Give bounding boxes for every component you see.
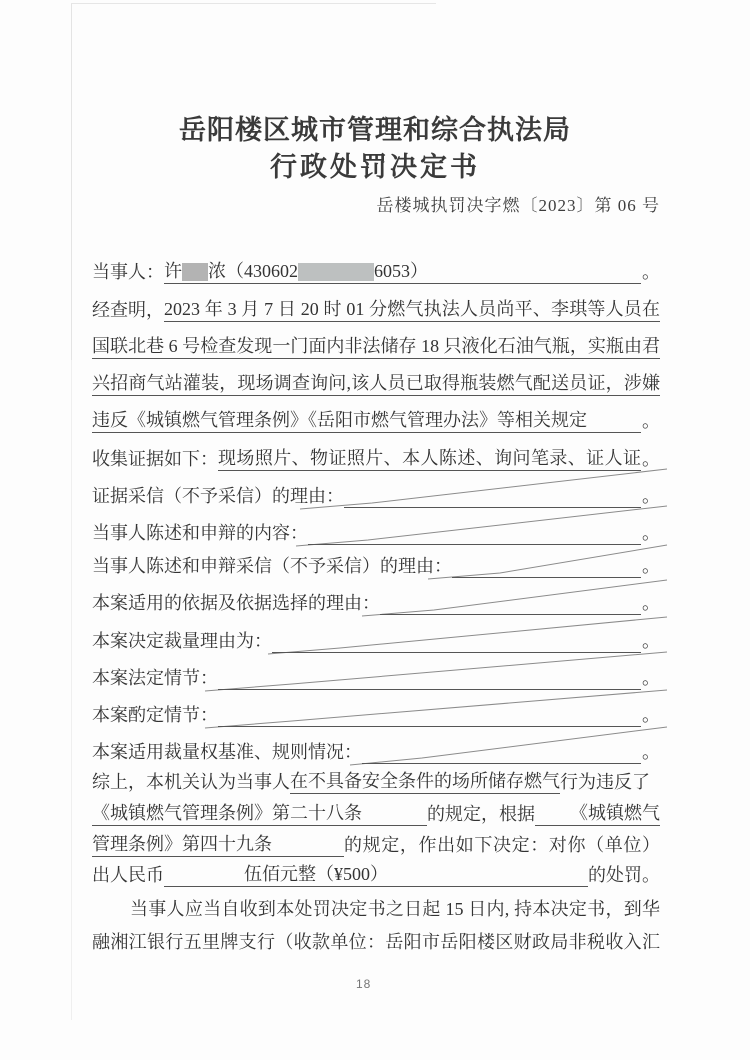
document-line: 出人民币伍佰元整（¥500）的处罚。 <box>92 863 660 887</box>
document-line: 融湘江银行五里牌支行（收款单位：岳阳市岳阳楼区财政局非税收入汇缴 <box>92 930 660 954</box>
blank-underline <box>535 801 570 826</box>
document-line: 本案法定情节：。 <box>92 666 660 690</box>
blank-underline <box>587 408 641 433</box>
line-text: 当事人： <box>92 260 164 284</box>
underlined-text: 国联北巷 6 号检查发现一门面内非法储存 18 只液化石油气瓶，实瓶由君 <box>92 334 660 359</box>
document-line: 本案酌定情节：。 <box>92 703 660 727</box>
blank-underline <box>362 739 641 764</box>
line-text: 证据采信（不予采信）的理由： <box>92 484 344 508</box>
scan-edge-left <box>71 4 72 364</box>
scanned-document-page: 岳阳楼区城市管理和综合执法局 行政处罚决定书 岳楼城执罚决字燃〔2023〕第 0… <box>0 0 750 1060</box>
blank-underline <box>428 259 641 284</box>
blank-underline <box>362 801 427 826</box>
line-text: 的规定，作出如下决定：对你（单位）作 <box>344 833 660 857</box>
underlined-text: 现场照片、物证照片、本人陈述、询问笔录、证人证词 <box>218 446 641 471</box>
line-period: 。 <box>641 260 660 284</box>
blank-underline <box>388 862 588 887</box>
blank-underline <box>164 862 244 887</box>
line-text: 本案法定情节： <box>92 666 218 690</box>
line-text: 融湘江银行五里牌支行（收款单位：岳阳市岳阳楼区财政局非税收入汇缴 <box>92 930 660 954</box>
document-line: 本案适用的依据及依据选择的理由：。 <box>92 591 660 615</box>
line-text: 收集证据如下： <box>92 447 218 471</box>
underlined-text: 伍佰元整（¥500） <box>244 862 388 887</box>
line-text: 本案酌定情节： <box>92 703 218 727</box>
line-text: 综上，本机关认为当事人 <box>92 770 290 794</box>
line-period: 。 <box>641 666 660 690</box>
page-number: 18 <box>356 977 371 991</box>
document-line: 本案适用裁量权基准、规则情况：。 <box>92 740 660 764</box>
line-text: 本案适用裁量权基准、规则情况： <box>92 740 362 764</box>
line-period: 。 <box>641 521 660 545</box>
line-text: 当事人陈述和申辩采信（不予采信）的理由： <box>92 554 452 578</box>
line-text: 当事人应当自收到本处罚决定书之日起 15 日内, 持本决定书，到华 <box>130 897 660 921</box>
underlined-text: 违反《城镇燃气管理条例》《岳阳市燃气管理办法》等相关规定 <box>92 408 587 433</box>
document-line: 当事人陈述和申辩采信（不予采信）的理由：。 <box>92 554 660 578</box>
document-line: 本案决定裁量理由为：。 <box>92 629 660 653</box>
blank-underline <box>344 483 641 508</box>
line-text: 当事人陈述和申辩的内容： <box>92 521 308 545</box>
blank-underline <box>380 590 641 615</box>
document-line: 兴招商气站灌装，现场调查询问,该人员已取得瓶装燃气配送员证，涉嫌 <box>92 372 660 396</box>
scan-edge-left-lower <box>71 360 72 1020</box>
blank-underline <box>308 520 641 545</box>
underlined-text: 2023 年 3 月 7 日 20 时 01 分燃气执法人员尚平、李琪等人员在 <box>164 297 660 322</box>
document-title: 行政处罚决定书 <box>0 145 750 184</box>
underlined-text: 《城镇燃气 <box>570 801 660 826</box>
line-text: 本案适用的依据及依据选择的理由： <box>92 591 380 615</box>
blank-underline <box>272 628 641 653</box>
underlined-text: 管理条例》第四十九条 <box>92 832 272 857</box>
document-line: 经查明，2023 年 3 月 7 日 20 时 01 分燃气执法人员尚平、李琪等… <box>92 298 660 322</box>
line-text: 经查明， <box>92 298 164 322</box>
blank-underline <box>218 665 641 690</box>
underlined-text: 6053） <box>374 259 428 284</box>
underlined-text: 浓（430602 <box>208 259 298 284</box>
blank-underline <box>452 553 641 578</box>
document-line: 国联北巷 6 号检查发现一门面内非法储存 18 只液化石油气瓶，实瓶由君 <box>92 335 660 359</box>
document-line: 证据采信（不予采信）的理由：。 <box>92 484 660 508</box>
redaction-fill <box>182 263 208 281</box>
line-period: 。 <box>641 554 660 578</box>
redaction-box <box>182 259 208 284</box>
line-text: 的规定，根据 <box>427 802 535 826</box>
redaction-fill <box>298 263 374 281</box>
underlined-text: 许 <box>164 259 182 284</box>
redaction-box <box>298 259 374 284</box>
line-period: 。 <box>641 591 660 615</box>
document-line: 当事人应当自收到本处罚决定书之日起 15 日内, 持本决定书，到华 <box>92 897 660 921</box>
line-period: 。 <box>641 629 660 653</box>
line-period: 。 <box>641 447 660 471</box>
document-line: 当事人：许浓（4306026053）。 <box>92 260 660 284</box>
line-period: 。 <box>641 740 660 764</box>
line-text: 本案决定裁量理由为： <box>92 629 272 653</box>
document-line: 管理条例》第四十九条的规定，作出如下决定：对你（单位）作 <box>92 833 660 857</box>
document-line: 当事人陈述和申辩的内容：。 <box>92 521 660 545</box>
document-line: 《城镇燃气管理条例》第二十八条的规定，根据《城镇燃气 <box>92 802 660 826</box>
line-period: 。 <box>641 484 660 508</box>
line-period: 。 <box>641 703 660 727</box>
line-period: 。 <box>641 409 660 433</box>
underlined-text: 兴招商气站灌装，现场调查询问,该人员已取得瓶装燃气配送员证，涉嫌 <box>92 371 660 396</box>
document-line: 违反《城镇燃气管理条例》《岳阳市燃气管理办法》等相关规定。 <box>92 409 660 433</box>
line-text: 出人民币 <box>92 863 164 887</box>
document-number: 岳楼城执罚决字燃〔2023〕第 06 号 <box>377 191 661 216</box>
document-line: 收集证据如下：现场照片、物证照片、本人陈述、询问笔录、证人证词。 <box>92 447 660 471</box>
underlined-text: 在不具备安全条件的场所储存燃气 <box>290 769 560 794</box>
scan-edge-top <box>71 3 436 4</box>
underlined-text: 《城镇燃气管理条例》第二十八条 <box>92 801 362 826</box>
line-text: 的处罚。 <box>588 863 660 887</box>
document-line: 综上，本机关认为当事人在不具备安全条件的场所储存燃气行为违反了 <box>92 770 660 794</box>
blank-underline <box>272 832 344 857</box>
line-text: 行为违反了 <box>560 770 650 794</box>
issuing-authority-title: 岳阳楼区城市管理和综合执法局 <box>0 108 750 147</box>
blank-underline <box>218 702 641 727</box>
